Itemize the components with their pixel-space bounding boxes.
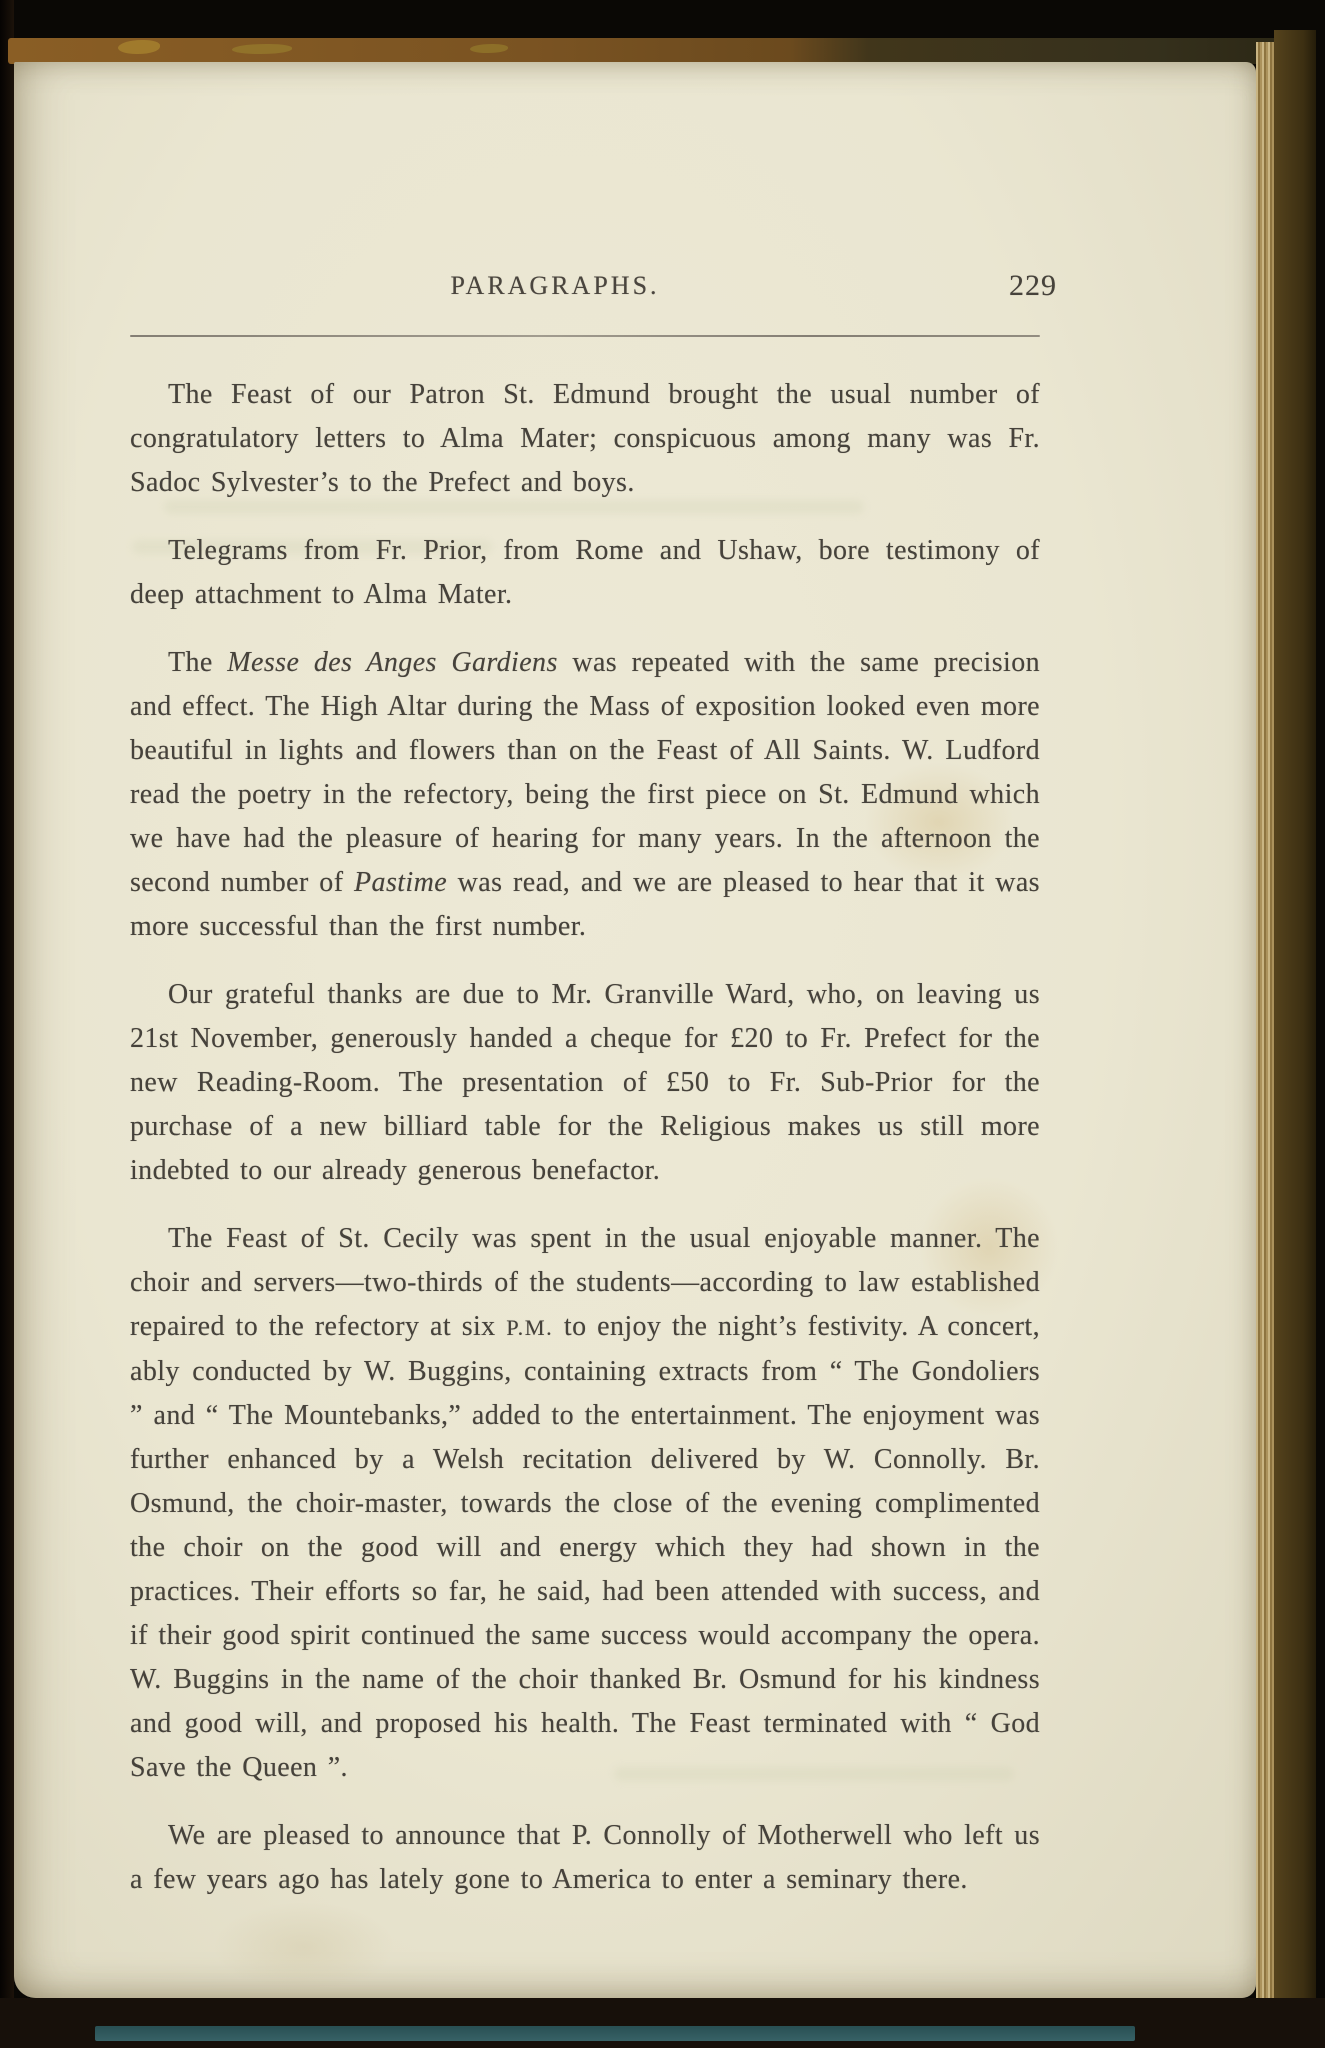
page-title: PARAGRAPHS. [130, 271, 980, 301]
paragraph: We are pleased to announce that P. Conno… [130, 1814, 1040, 1902]
text-run: Pastime [354, 867, 447, 898]
text-run: to enjoy the night’s festivity. A concer… [130, 1311, 1040, 1783]
text-run: Messe des Anges Gardiens [227, 647, 557, 678]
book-cover-right-edge [1274, 30, 1316, 2040]
book-spine-edge [0, 0, 14, 2048]
text-run: Telegrams from Fr. Prior, from Rome and … [130, 535, 1040, 610]
page-number: 229 [1009, 269, 1057, 303]
header-rule [130, 335, 1040, 337]
book-scan: PARAGRAPHS. 229 The Feast of our Patron … [0, 0, 1325, 2048]
paragraph: The Feast of St. Cecily was spent in the… [130, 1217, 1040, 1790]
paragraph: Our grateful thanks are due to Mr. Granv… [130, 973, 1040, 1193]
running-head: PARAGRAPHS. 229 [130, 271, 1040, 305]
text-run: was repeated with the same precision and… [130, 647, 1040, 898]
paragraph: The Feast of our Patron St. Edmund broug… [130, 373, 1040, 505]
page-stack-fore-edge [1256, 42, 1274, 2017]
book-page: PARAGRAPHS. 229 The Feast of our Patron … [14, 62, 1256, 1998]
text-run: The [168, 647, 227, 678]
text-run: Our grateful thanks are due to Mr. Granv… [130, 979, 1040, 1186]
paragraph: Telegrams from Fr. Prior, from Rome and … [130, 529, 1040, 617]
paragraph: The Messe des Anges Gardiens was repeate… [130, 641, 1040, 949]
text-column: PARAGRAPHS. 229 The Feast of our Patron … [130, 271, 1040, 1926]
text-run: P.M. [506, 1315, 553, 1340]
text-run: We are pleased to announce that P. Conno… [130, 1820, 1040, 1895]
text-run: The Feast of our Patron St. Edmund broug… [130, 379, 1040, 498]
scan-surface-strip [95, 2026, 1135, 2041]
book-cover-top-edge [8, 38, 1312, 64]
